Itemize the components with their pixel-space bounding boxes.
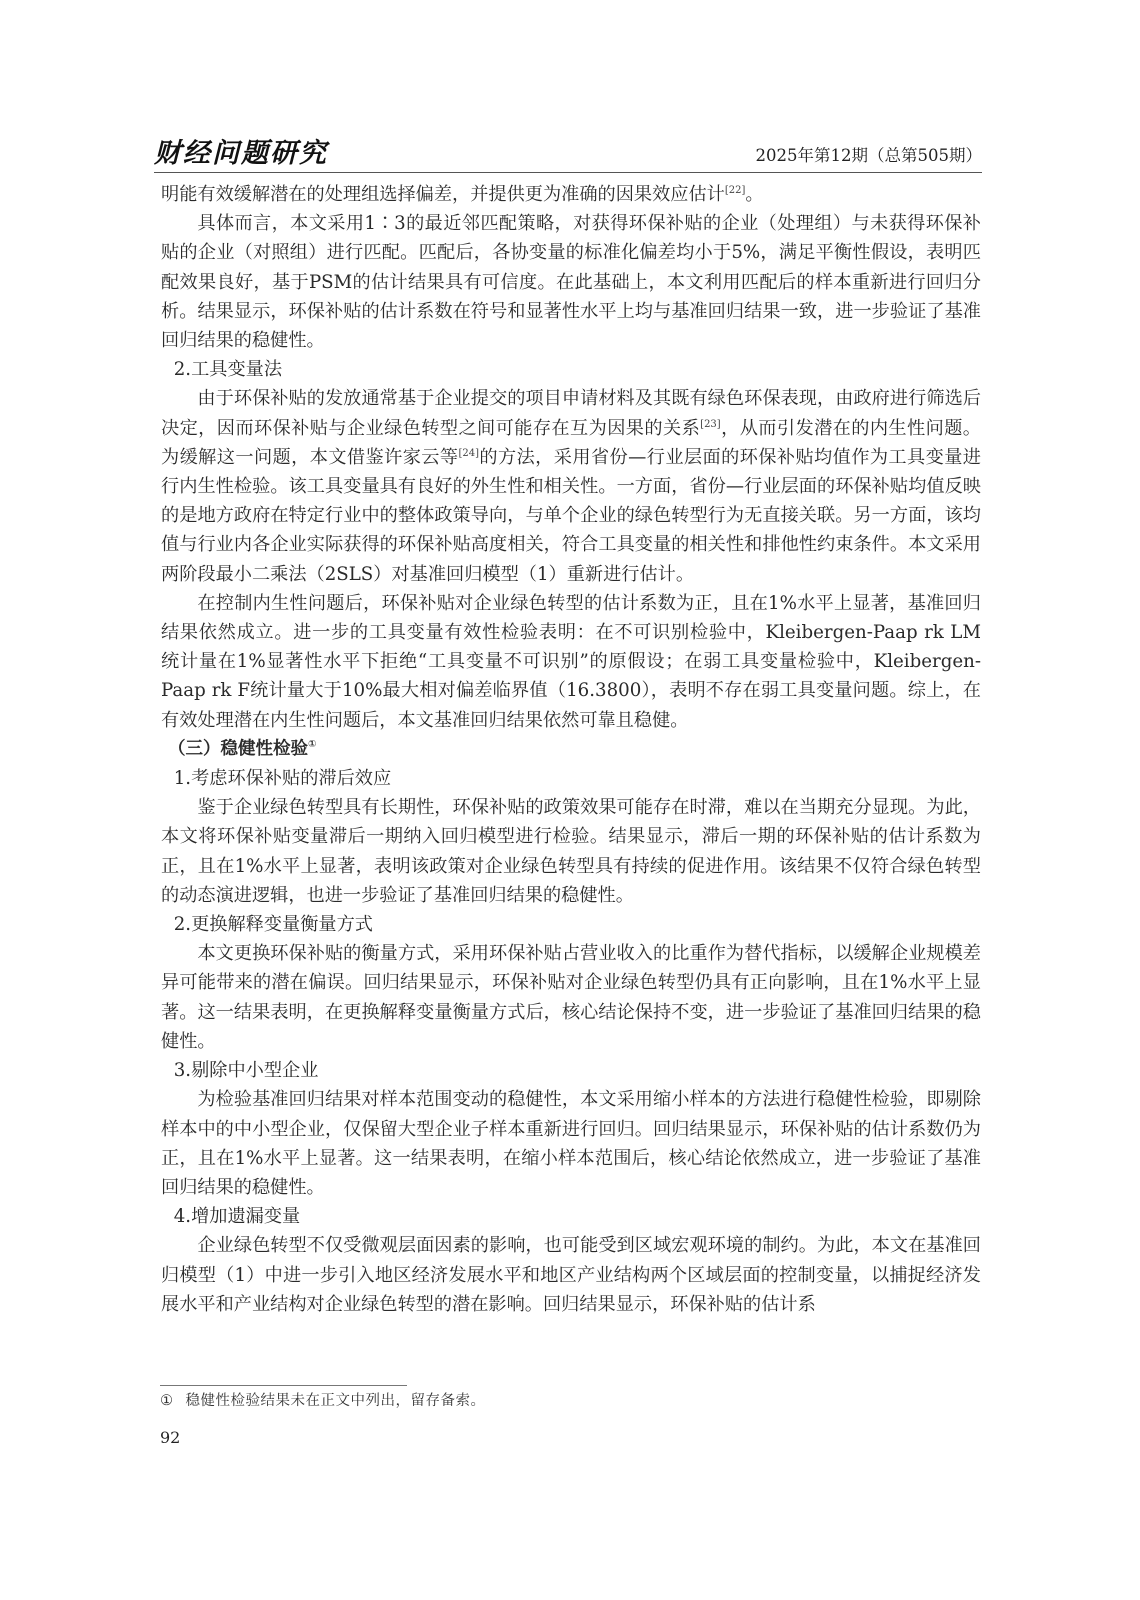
paragraph-iv: 由于环保补贴的发放通常基于企业提交的项目申请材料及其既有绿色环保表现，由政府进行… <box>161 384 981 588</box>
paragraph-lag: 鉴于企业绿色转型具有长期性，环保补贴的政策效果可能存在时滞，难以在当期充分显现。… <box>161 793 981 910</box>
running-header: 财经问题研究 2025年第12期（总第505期） <box>154 138 982 173</box>
subheading-omit: 4.增加遗漏变量 <box>161 1202 981 1231</box>
paragraph-continued: 明能有效缓解潜在的处理组选择偏差，并提供更为准确的因果效应估计[22]。 <box>161 180 981 209</box>
paragraph-iv-results: 在控制内生性问题后，环保补贴对企业绿色转型的估计系数为正，且在1%水平上显著，基… <box>161 589 981 735</box>
citation-23[interactable]: [23] <box>700 419 721 430</box>
footnote-text: 稳健性检验结果未在正文中列出，留存备索。 <box>186 1393 486 1409</box>
journal-logo: 财经问题研究 <box>154 138 328 170</box>
subheading-measure: 2.更换解释变量衡量方式 <box>161 910 981 939</box>
subheading-sme: 3.剔除中小型企业 <box>161 1056 981 1085</box>
footnote: ①稳健性检验结果未在正文中列出，留存备索。 <box>160 1390 486 1412</box>
page-number: 92 <box>160 1428 180 1447</box>
citation-24[interactable]: [24] <box>458 448 479 459</box>
citation-22[interactable]: [22] <box>725 185 746 196</box>
footnote-mark: ① <box>160 1393 174 1409</box>
article-body: 明能有效缓解潜在的处理组选择偏差，并提供更为准确的因果效应估计[22]。 具体而… <box>161 180 981 1319</box>
footnote-ref[interactable]: ① <box>308 739 316 750</box>
subheading-iv: 2.工具变量法 <box>161 355 981 384</box>
section-heading-robustness: （三）稳健性检验① <box>161 735 981 764</box>
paragraph-omit: 企业绿色转型不仅受微观层面因素的影响，也可能受到区域宏观环境的制约。为此，本文在… <box>161 1231 981 1319</box>
paragraph-sme: 为检验基准回归结果对样本范围变动的稳健性，本文采用缩小样本的方法进行稳健性检验，… <box>161 1085 981 1202</box>
paragraph-measure: 本文更换环保补贴的衡量方式，采用环保补贴占营业收入的比重作为替代指标，以缓解企业… <box>161 939 981 1056</box>
paragraph-psm: 具体而言，本文采用1∶3的最近邻匹配策略，对获得环保补贴的企业（处理组）与未获得… <box>161 209 981 355</box>
footnote-divider <box>160 1385 407 1386</box>
issue-info: 2025年第12期（总第505期） <box>756 145 982 167</box>
subheading-lag: 1.考虑环保补贴的滞后效应 <box>161 764 981 793</box>
